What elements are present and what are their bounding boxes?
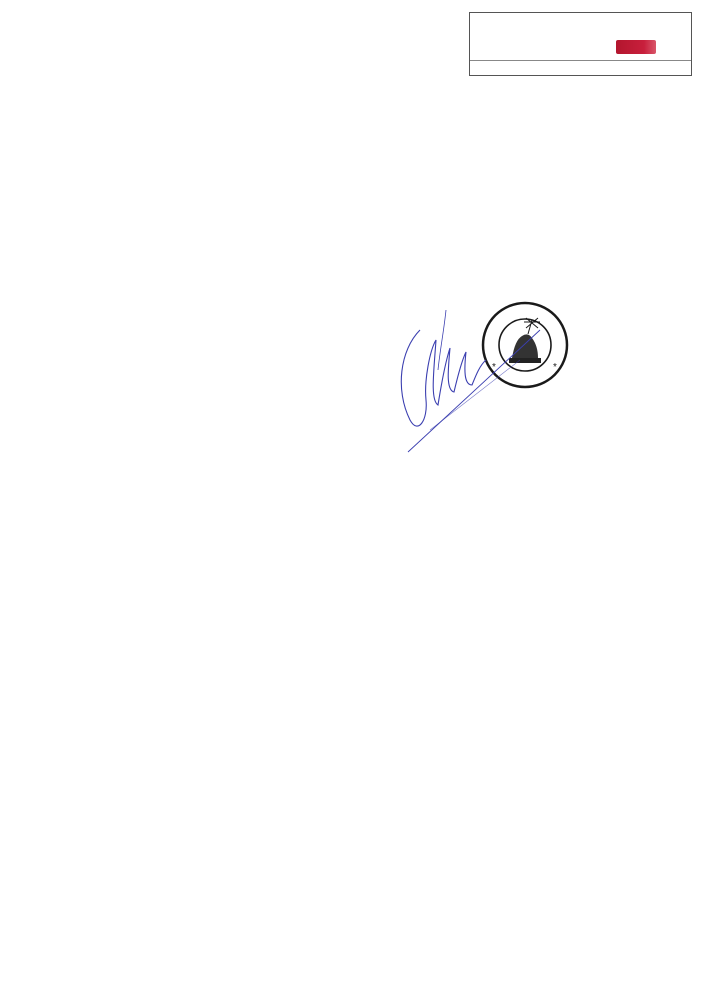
seal-star-right-icon: * xyxy=(553,362,557,373)
signature-and-seal: * * xyxy=(390,290,590,460)
received-date xyxy=(476,32,691,48)
mairie-seal-icon: * * xyxy=(390,290,567,387)
handwritten-signature-icon xyxy=(401,310,540,452)
prefecture-receipt-stamp xyxy=(469,12,692,76)
berger-levrault-logo-icon xyxy=(616,40,656,54)
stamp-divider xyxy=(470,60,691,61)
sent-date xyxy=(476,16,691,32)
